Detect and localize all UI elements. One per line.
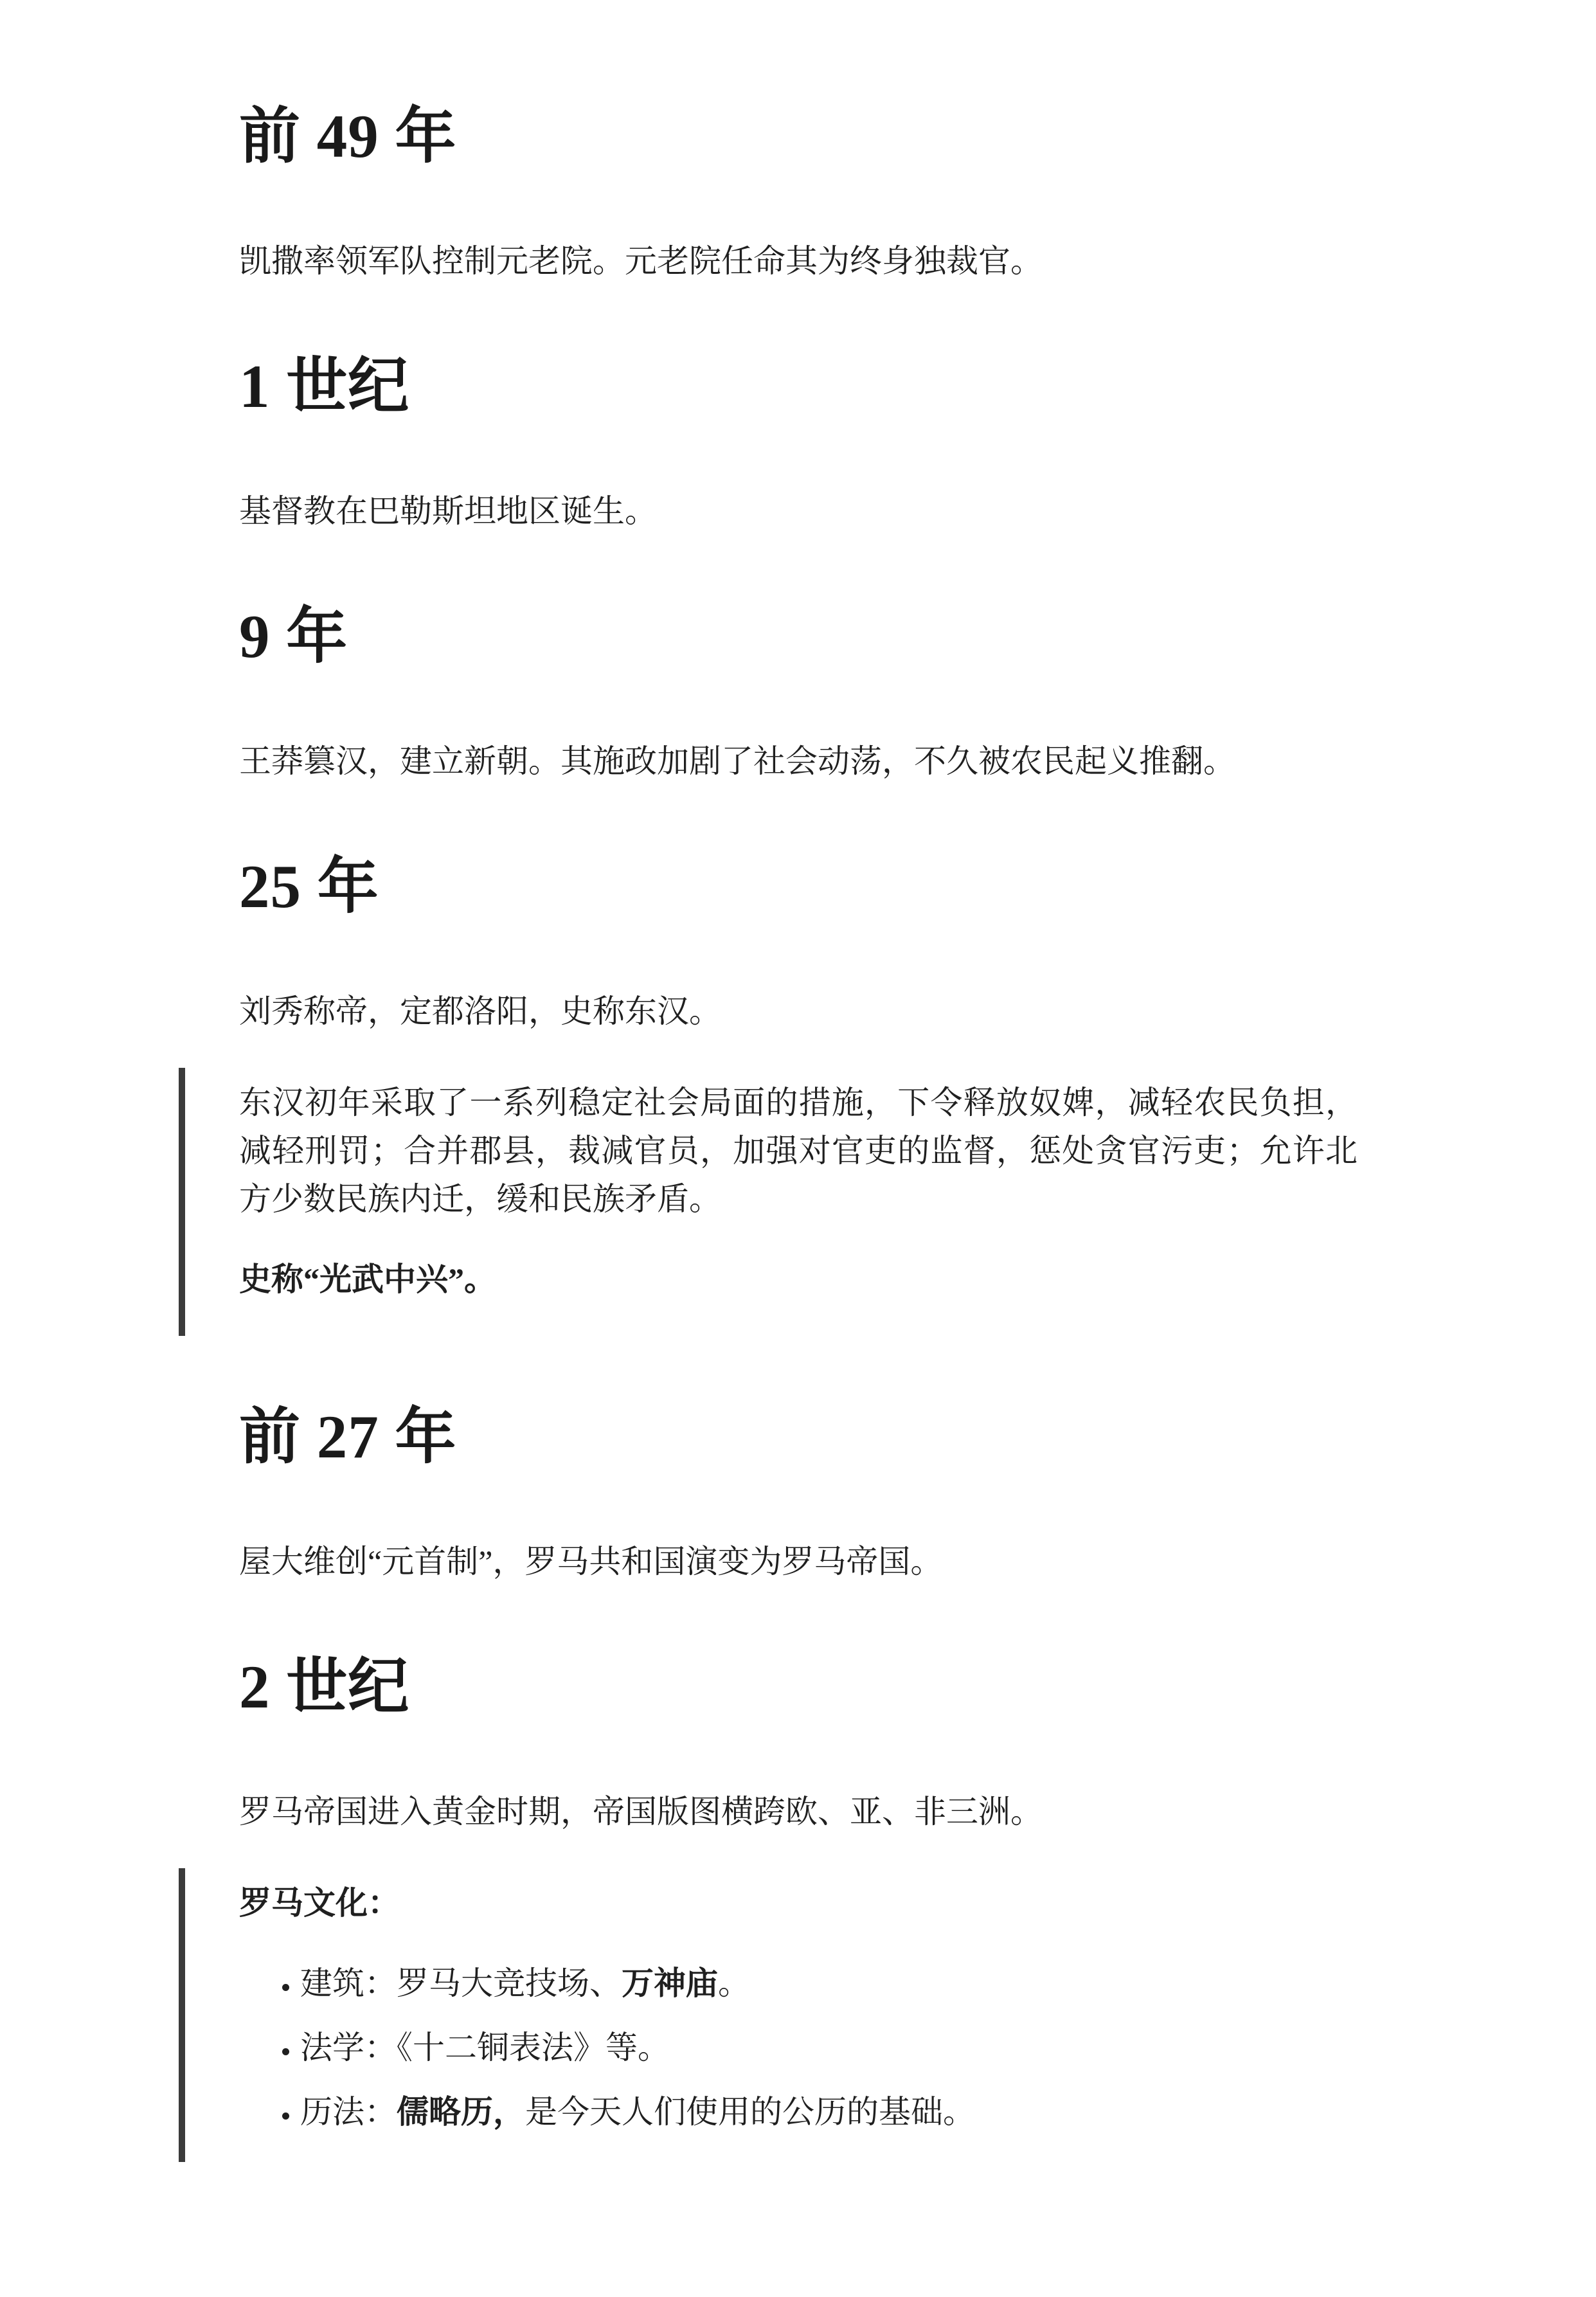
- text-run: 。: [718, 1965, 750, 2001]
- paragraph: 罗马文化：: [239, 1879, 1358, 1927]
- section-heading: 前 27 年: [239, 1400, 1358, 1473]
- text-run: 是今天人们使用的公历的基础。: [525, 2094, 975, 2130]
- blockquote: 罗马文化：建筑：罗马大竞技场、万神庙。法学：《十二铜表法》等。历法：儒略历，是今…: [179, 1868, 1358, 2162]
- blockquote: 东汉初年采取了一系列稳定社会局面的措施，下令释放奴婢，减轻农民负担，减轻刑罚；合…: [179, 1068, 1358, 1336]
- bullet-list: 建筑：罗马大竞技场、万神庙。法学：《十二铜表法》等。历法：儒略历，是今天人们使用…: [239, 1959, 1358, 2136]
- bold-text: 罗马文化：: [239, 1885, 400, 1921]
- paragraph: 罗马帝国进入黄金时期，帝国版图横跨欧、亚、非三洲。: [239, 1788, 1358, 1836]
- document-page: { "page": { "background_color": "#ffffff…: [0, 0, 1596, 2297]
- text-run: 法学：《十二铜表法》等。: [300, 2030, 670, 2066]
- paragraph: 屋大维创“元首制”，罗马共和国演变为罗马帝国。: [239, 1538, 1358, 1586]
- bold-text: 儒略历，: [397, 2094, 525, 2130]
- paragraph: 东汉初年采取了一系列稳定社会局面的措施，下令释放奴婢，减轻农民负担，减轻刑罚；合…: [239, 1079, 1358, 1223]
- section-heading: 1 世纪: [239, 350, 1358, 423]
- section-heading: 前 49 年: [239, 100, 1358, 173]
- bold-text: 史称“光武中兴”。: [239, 1261, 496, 1297]
- paragraph: 凯撒率领军队控制元老院。元老院任命其为终身独裁官。: [239, 237, 1358, 285]
- text-run: 刘秀称帝，定都洛阳，史称东汉。: [239, 993, 721, 1029]
- text-run: 基督教在巴勒斯坦地区诞生。: [239, 493, 657, 529]
- bold-text: 万神庙: [622, 1965, 718, 2001]
- section-heading: 25 年: [239, 850, 1358, 923]
- paragraph: 刘秀称帝，定都洛阳，史称东汉。: [239, 987, 1358, 1036]
- section-heading: 9 年: [239, 600, 1358, 673]
- text-run: 屋大维创“元首制”，罗马共和国演变为罗马帝国。: [239, 1544, 942, 1580]
- text-run: 王莽篡汉，建立新朝。其施政加剧了社会动荡，不久被农民起义推翻。: [239, 743, 1235, 779]
- paragraph: 史称“光武中兴”。: [239, 1256, 1358, 1304]
- paragraph: 基督教在巴勒斯坦地区诞生。: [239, 487, 1358, 536]
- text-run: 东汉初年采取了一系列稳定社会局面的措施，下令释放奴婢，减轻农民负担，减轻刑罚；合…: [239, 1085, 1358, 1217]
- text-run: 凯撒率领军队控制元老院。元老院任命其为终身独裁官。: [239, 243, 1043, 279]
- list-item: 法学：《十二铜表法》等。: [300, 2024, 1358, 2072]
- section-heading: 2 世纪: [239, 1650, 1358, 1724]
- text-run: 建筑：罗马大竞技场、: [300, 1965, 622, 2001]
- list-item: 建筑：罗马大竞技场、万神庙。: [300, 1959, 1358, 2008]
- paragraph: 王莽篡汉，建立新朝。其施政加剧了社会动荡，不久被农民起义推翻。: [239, 737, 1358, 786]
- markdown-document: 前 49 年凯撒率领军队控制元老院。元老院任命其为终身独裁官。1 世纪基督教在巴…: [239, 100, 1358, 2162]
- text-run: 罗马帝国进入黄金时期，帝国版图横跨欧、亚、非三洲。: [239, 1794, 1043, 1830]
- list-item: 历法：儒略历，是今天人们使用的公历的基础。: [300, 2088, 1358, 2136]
- text-run: 历法：: [300, 2094, 397, 2130]
